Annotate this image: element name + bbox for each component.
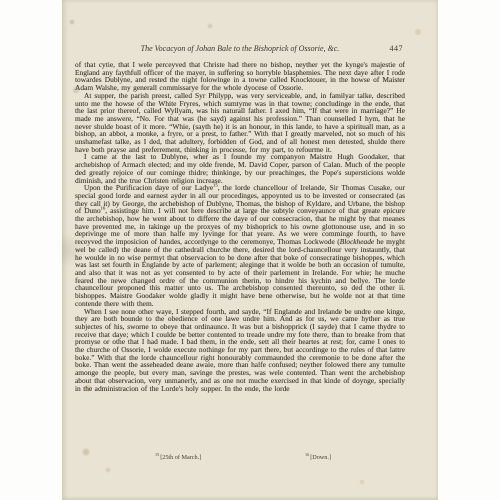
running-header: The Vocacyon of Johan Bale to the Bishop…	[75, 44, 405, 54]
body-paragraph-4: Upon the Purificacion daye of our Ladye1…	[75, 184, 405, 307]
footnote-16-text: [Down.]	[310, 454, 331, 461]
body-paragraph-1: of that cytie, that I wele perceyved tha…	[75, 61, 405, 92]
footnotes-block: 15[25th of March.] 16[Down.]	[75, 454, 405, 466]
page-body: of that cytie, that I wele perceyved tha…	[75, 61, 405, 392]
body-paragraph-2: At supper, the parish preest, called Syr…	[75, 92, 405, 154]
book-page: The Vocacyon of Johan Bale to the Bishop…	[62, 0, 438, 500]
footnote-15-ref: 15	[155, 452, 159, 457]
text-run: he myght wel be called) the deane of the…	[75, 237, 405, 308]
header-title: The Vocacyon of Johan Bale to the Bishop…	[141, 44, 340, 53]
footnote-15-text: [25th of March.]	[160, 454, 201, 461]
body-paragraph-5: When I see none other waye, I stepped fo…	[75, 308, 405, 393]
body-paragraph-3: I came at the last to Dublyne, wher as I…	[75, 153, 405, 184]
footnote-15: 15[25th of March.]	[155, 454, 201, 461]
footnote-16: 16[Down.]	[305, 454, 331, 461]
page-number: 447	[390, 44, 404, 54]
scan-background: { "colors": { "scan_bg": "#fdfdfc", "pag…	[0, 0, 500, 500]
footnote-16-ref: 16	[305, 452, 309, 457]
